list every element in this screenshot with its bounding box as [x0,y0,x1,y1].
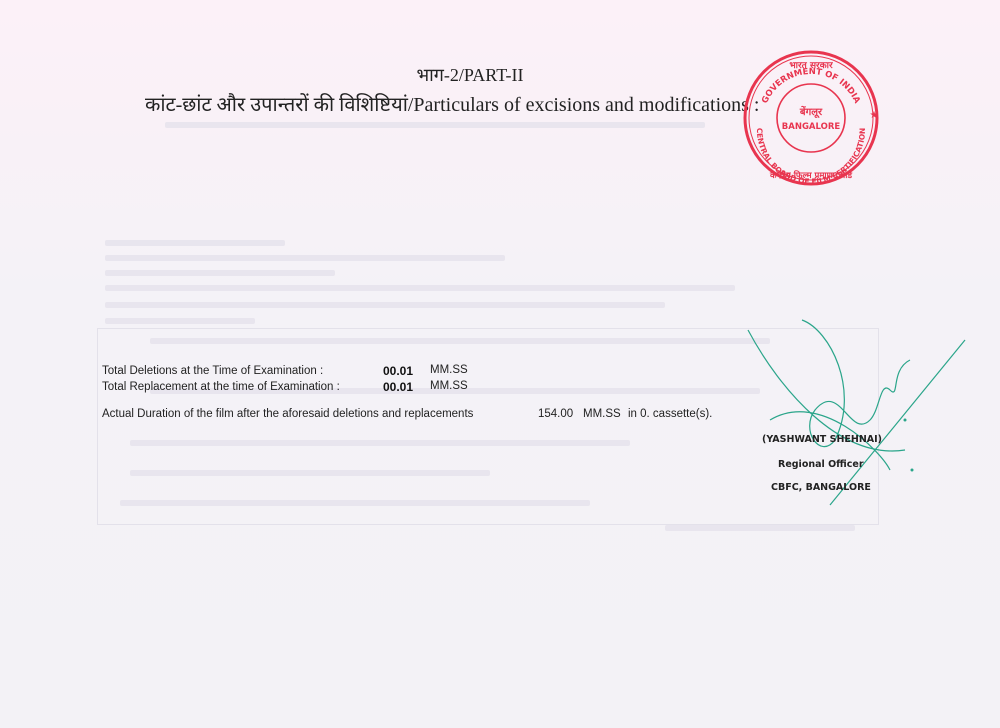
certificate-page: भाग-2/PART-II कांट-छांट और उपान्तरों की … [0,0,1000,728]
deletions-label: Total Deletions at the Time of Examinati… [102,365,323,377]
replacement-unit: MM.SS [430,380,468,392]
section-title: कांट-छांट और उपान्तरों की विशिष्टियां/Pa… [145,90,759,117]
signature-scribble [740,310,980,510]
replacement-value: 00.01 [383,380,413,394]
stamp-star-icon: ★ [870,110,879,121]
stamp-hindi-bottom: केन्द्रीय फिल्म प्रमाणन बोर्ड [769,170,853,181]
signatory-name: (YASHWANT SHEHNAI) [762,434,882,445]
signatory-designation: Regional Officer [778,459,864,470]
duration-value: 154.00 [538,408,573,420]
deletions-value: 00.01 [383,364,413,378]
deletions-unit: MM.SS [430,364,468,376]
svg-text:GOVERNMENT OF INDIA: GOVERNMENT OF INDIA [760,67,862,106]
duration-cassettes: in 0. cassette(s). [628,408,712,420]
cbfc-seal-stamp: भारत सरकार GOVERNMENT OF INDIA बेंगलूर B… [735,50,885,188]
duration-label: Actual Duration of the film after the af… [102,408,473,420]
duration-unit: MM.SS [583,408,621,420]
signatory-office: CBFC, BANGALORE [771,482,871,493]
stamp-outer-top: GOVERNMENT OF INDIA [760,67,862,106]
stamp-center-hindi: बेंगलूर [799,105,823,119]
stamp-center: BANGALORE [782,122,841,132]
replacement-label: Total Replacement at the time of Examina… [102,381,340,393]
